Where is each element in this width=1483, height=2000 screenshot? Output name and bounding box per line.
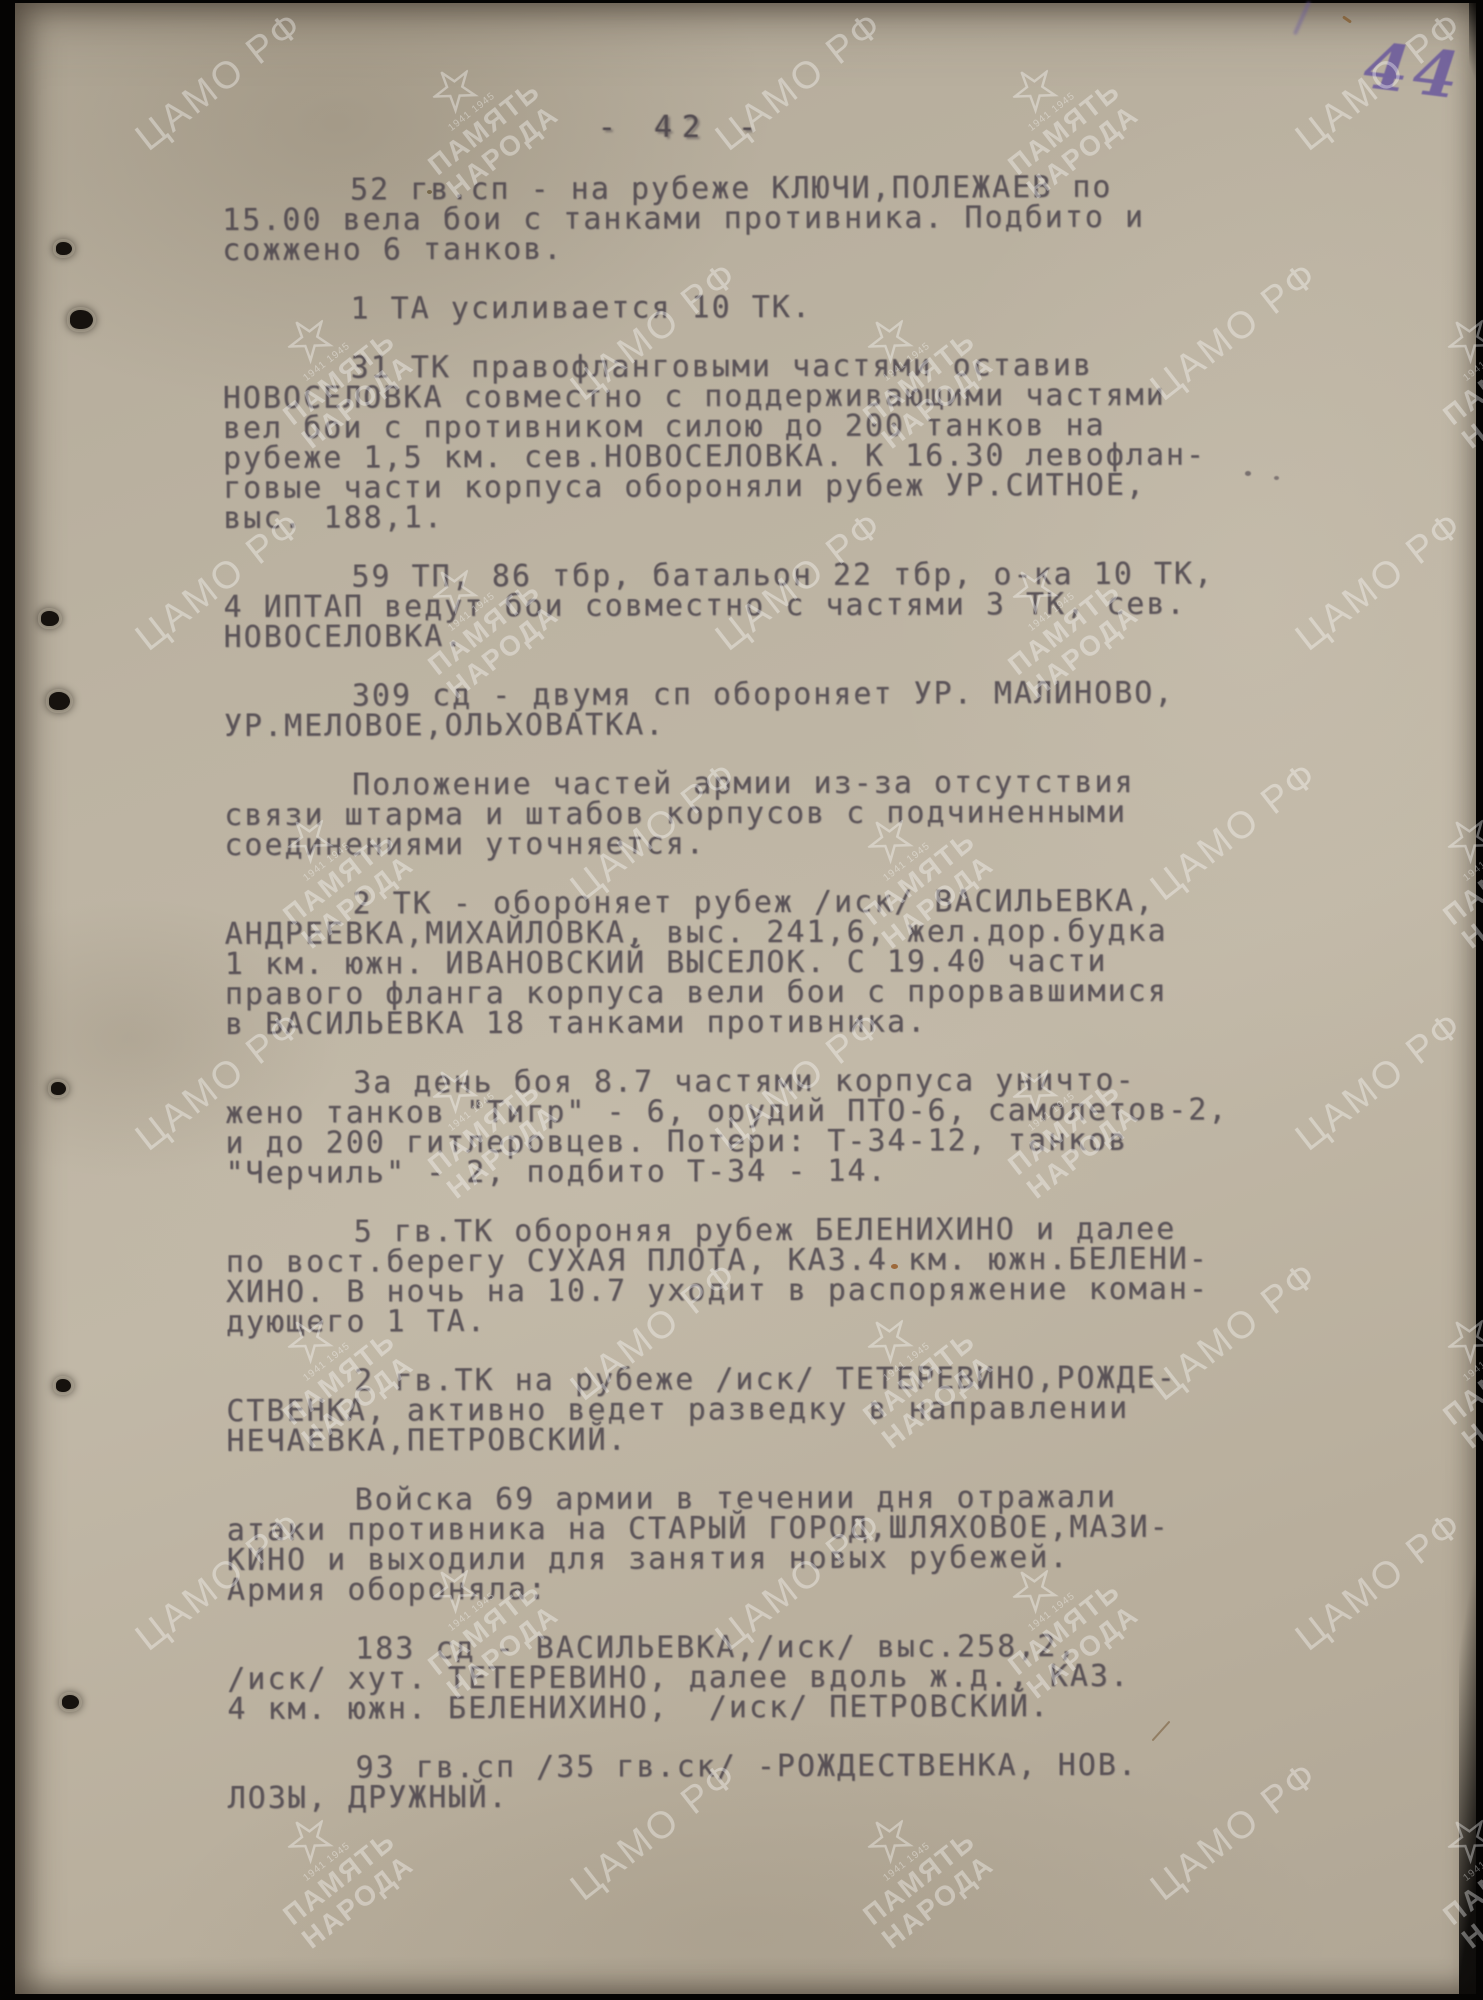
scanned-document-page: - 42 - 44 52 гв.сп - на рубеже КЛЮЧИ,ПОЛ… (0, 0, 1483, 2000)
typed-page-number: - 42 - (598, 110, 766, 145)
punch-hole (56, 242, 72, 255)
typed-text: 52 гв.сп - на рубеже КЛЮЧИ,ПОЛЕЖАЕВ по15… (222, 172, 1378, 1843)
text-line: 4 ИПТАП ведут бои совместно с частями 3 … (223, 589, 1373, 623)
text-line: говые части корпуса обороняли рубеж УР.С… (223, 470, 1373, 504)
paragraph: Положение частей армии из-за отсутствияс… (224, 767, 1374, 861)
punch-hole (41, 611, 59, 626)
text-line: ХИНО. В ночь на 10.7 уходит в распоряжен… (226, 1274, 1376, 1308)
paragraph: 183 сд - ВАСИЛЬЕВКА,/иск/ выс.258,2,/иск… (227, 1631, 1377, 1725)
paragraph: 52 гв.сп - на рубеже КЛЮЧИ,ПОЛЕЖАЕВ по15… (222, 172, 1372, 266)
text-line: выс. 188,1. (223, 500, 1373, 534)
punch-hole (56, 1379, 71, 1392)
text-line: в ВАСИЛЬЕВКА 18 танками противника. (225, 1006, 1375, 1040)
paragraph: Войска 69 армии в течении дня отражалиат… (227, 1482, 1377, 1606)
paragraph: 1 ТА усиливается 10 ТК. (222, 291, 1372, 325)
text-line: Армия обороняла: (227, 1572, 1377, 1606)
text-line: 93 гв.сп /35 гв.ск/ -РОЖДЕСТВЕНКА, НОВ. (228, 1750, 1378, 1784)
text-line: 4 км. южн. БЕЛЕНИХИНО, /иск/ ПЕТРОВСКИЙ. (227, 1691, 1377, 1725)
text-line: 309 сд - двумя сп обороняет УР. МАЛИНОВО… (224, 678, 1374, 712)
text-line: связи штарма и штабов корпусов с подчине… (224, 797, 1374, 831)
text-line: НОВОСЕЛОВКА. (224, 619, 1374, 653)
text-line: 1 ТА усиливается 10 ТК. (222, 291, 1372, 325)
text-line: 15.00 вела бои с танками противника. Под… (222, 202, 1372, 236)
handwritten-page-number: 44 (1360, 28, 1467, 115)
paragraph: 93 гв.сп /35 гв.ск/ -РОЖДЕСТВЕНКА, НОВ.Л… (228, 1750, 1378, 1814)
text-line: дующего 1 ТА. (226, 1304, 1376, 1338)
scan-edge-shadow (1459, 1440, 1483, 2000)
paragraph: 5 гв.ТК обороняя рубеж БЕЛЕНИХИНО и дале… (226, 1214, 1376, 1338)
punch-hole (62, 1695, 79, 1709)
paragraph: 59 ТП, 86 тбр, батальон 22 тбр, о-ка 10 … (223, 559, 1373, 653)
text-line: КИНО и выходили для занятия новых рубеже… (227, 1542, 1377, 1576)
punch-hole (49, 692, 70, 710)
punch-hole (51, 1082, 66, 1095)
text-line: "Черчиль" - 2, подбито Т-34 - 14. (225, 1155, 1375, 1189)
paragraph: 2 гв.ТК на рубеже /иск/ ТЕТЕРЕВИНО,РОЖДЕ… (226, 1363, 1376, 1457)
text-line: соединениями уточняется. (224, 827, 1374, 861)
paragraph: 309 сд - двумя сп обороняет УР. МАЛИНОВО… (224, 678, 1374, 742)
text-line: ЛОЗЫ, ДРУЖНЫЙ. (228, 1780, 1378, 1814)
paragraph: За день боя 8.7 частями корпуса уничто-ж… (225, 1065, 1375, 1189)
scan-edge-shadow (1469, 0, 1483, 90)
text-line: СТВЕНКА, активно ведет разведку в направ… (226, 1393, 1376, 1427)
paragraph: 31 ТК правофланговыми частями оставивНОВ… (223, 350, 1374, 534)
text-line: сожжено 6 танков. (222, 232, 1372, 266)
text-line: НЕЧАЕВКА,ПЕТРОВСКИЙ. (226, 1423, 1376, 1457)
punch-hole (70, 310, 93, 329)
paragraph: 2 ТК - обороняет рубеж /иск/ ВАСИЛЬЕВКА,… (224, 886, 1375, 1040)
text-line: УР.МЕЛОВОЕ,ОЛЬХОВАТКА. (224, 708, 1374, 742)
